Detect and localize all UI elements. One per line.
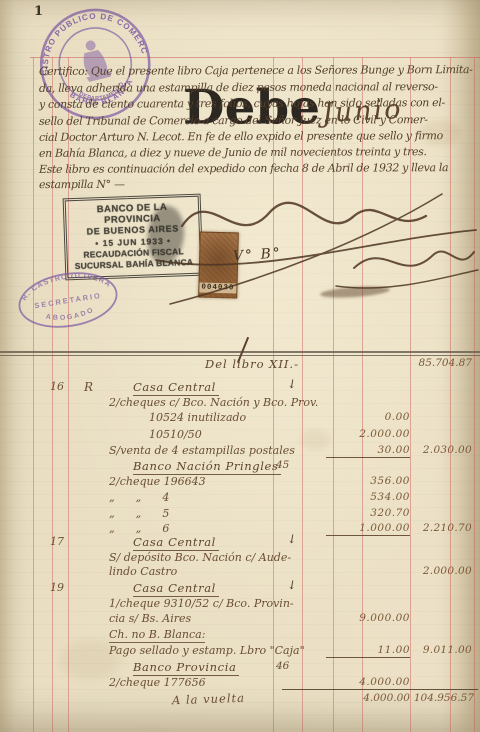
ledger-row: S/ depósito Bco. Nación c/ Aude- bbox=[0, 551, 480, 565]
account-title: Banco Nación Pringles bbox=[133, 459, 281, 475]
amount-col2: 2.000.00 bbox=[411, 565, 472, 577]
ledger-row: 2/cheque 1776564.000.00 bbox=[0, 676, 480, 690]
entry-description: Pago sellado y estamp. Lbro "Caja" bbox=[109, 644, 305, 657]
account-title: Casa Central bbox=[133, 581, 219, 597]
entry-description: S/ depósito Bco. Nación c/ Aude- bbox=[109, 551, 291, 564]
entry-description: cia s/ Bs. Aires bbox=[109, 612, 191, 625]
signature-flourishes bbox=[140, 188, 480, 318]
ledger-row: 19Casa Central↓ bbox=[0, 581, 480, 595]
amount-col2: 9.011.00 bbox=[411, 644, 472, 656]
ledger-row: 10510/502.000.00 bbox=[0, 428, 480, 442]
ledger-row: Banco Provincia46 bbox=[0, 660, 480, 674]
entry-description: 1/cheque 9310/52 c/ Bco. Provin- bbox=[109, 597, 294, 610]
visto-bueno-mark: V° B° bbox=[233, 245, 283, 264]
entry-number: 16 bbox=[44, 380, 70, 393]
certificate-line: estampilla N° — bbox=[39, 178, 125, 191]
ledger-row: Ch. no B. Blanca: bbox=[0, 628, 480, 642]
ledger-row: cia s/ Bs. Aires9.000.00 bbox=[0, 612, 480, 626]
entry-description: Ch. no B. Blanca: bbox=[109, 628, 205, 643]
page-total-col1: 4.000.00 bbox=[326, 692, 410, 704]
entry-description: 10510/50 bbox=[149, 428, 202, 441]
entry-number: 17 bbox=[44, 535, 70, 548]
certificate-line: y consta de ciento cuarenta y tres folio… bbox=[39, 96, 445, 111]
ledger-row: „ „ 4534.00 bbox=[0, 491, 480, 505]
entry-description: S/venta de 4 estampillas postales bbox=[109, 444, 295, 457]
certificate-line: Este libro es continuación del expedido … bbox=[39, 161, 448, 176]
ledger-row: 16RCasa Central↓ bbox=[0, 380, 480, 394]
entry-ref: R bbox=[84, 380, 93, 394]
entry-description: 10524 inutilizado bbox=[149, 411, 246, 424]
ledger-row: 17Casa Central↓ bbox=[0, 535, 480, 549]
entry-description: lindo Castro bbox=[109, 565, 177, 578]
certificate-line: da, lleva adherida una estampilla de die… bbox=[39, 80, 438, 95]
amount-col1: 320.70 bbox=[326, 507, 410, 519]
ledger-page: 1 Debe Junio REGISTRO PÚBLICO DE COMERCI… bbox=[0, 0, 480, 732]
entry-description: „ „ 5 bbox=[109, 507, 169, 520]
amount-col1: 1.000.00 bbox=[326, 522, 410, 536]
ledger-row: Banco Nación Pringles45 bbox=[0, 459, 480, 473]
entry-description: 2/cheque 196643 bbox=[109, 475, 206, 488]
amount-col2: 2.030.00 bbox=[411, 444, 472, 456]
entry-description: „ „ 6 bbox=[109, 522, 169, 535]
account-title: Banco Provincia bbox=[133, 660, 239, 676]
carry-over-label: Del libro XII.- bbox=[205, 357, 299, 371]
ledger-row: 10524 inutilizado0.00 bbox=[0, 411, 480, 425]
ledger-row: „ „ 61.000.002.210.70 bbox=[0, 522, 480, 536]
amount-col1: 11.00 bbox=[326, 644, 410, 658]
amount-col2: 2.210.70 bbox=[411, 522, 472, 534]
certificate-line: cial Doctor Arturo N. Lecot. En fe de el… bbox=[39, 129, 443, 144]
account-title: Casa Central bbox=[133, 380, 219, 396]
certificate-line: sello del Tribunal de Comercio a cargo d… bbox=[39, 113, 428, 128]
amount-col1: 534.00 bbox=[326, 491, 410, 503]
certificate-line: en Bahía Blanca, a diez y nueve de Junio… bbox=[39, 145, 427, 160]
certificate-line: Certifico: Que el presente libro Caja pe… bbox=[39, 63, 473, 78]
amount-col1: 0.00 bbox=[326, 411, 410, 423]
entry-description: „ „ 4 bbox=[109, 491, 169, 504]
carry-over-amount: 85.704.87 bbox=[411, 357, 472, 369]
page-total-label: A la vuelta bbox=[172, 691, 245, 708]
amount-col1: 2.000.00 bbox=[326, 428, 410, 440]
check-mark: ↓ bbox=[286, 531, 298, 547]
check-mark: ↓ bbox=[286, 376, 298, 392]
ledger-row: „ „ 5320.70 bbox=[0, 507, 480, 521]
judge-signature bbox=[354, 252, 474, 268]
amount-col1: 9.000.00 bbox=[326, 612, 410, 624]
ledger-row: Pago sellado y estamp. Lbro "Caja"11.009… bbox=[0, 644, 480, 658]
folio-reference: 46 bbox=[276, 660, 289, 672]
judge-signature-flourish bbox=[336, 270, 478, 288]
secretary-oval-stamp: R. CASTRO OLIVERA SECRETARIO ABOGADO bbox=[9, 262, 127, 338]
entry-description: 2/cheques c/ Bco. Nación y Bco. Prov. bbox=[109, 396, 318, 409]
ledger-row: 2/cheques c/ Bco. Nación y Bco. Prov. bbox=[0, 396, 480, 410]
entry-description: 2/cheque 177656 bbox=[109, 676, 206, 689]
sum-rule bbox=[282, 689, 478, 690]
ledger-row: lindo Castro2.000.00 bbox=[0, 565, 480, 579]
ledger-row: S/venta de 4 estampillas postales30.002.… bbox=[0, 444, 480, 458]
amount-col1: 356.00 bbox=[326, 475, 410, 487]
check-mark: ↓ bbox=[286, 577, 298, 593]
account-title: Casa Central bbox=[133, 535, 219, 551]
page-total-col2: 104.956.57 bbox=[404, 692, 474, 704]
ledger-row: 2/cheque 196643356.00 bbox=[0, 475, 480, 489]
crossing-stroke bbox=[170, 194, 442, 304]
ledger-row: 1/cheque 9310/52 c/ Bco. Provin- bbox=[0, 597, 480, 611]
amount-col1: 4.000.00 bbox=[326, 676, 410, 688]
entry-number: 19 bbox=[44, 581, 70, 594]
amount-col1: 30.00 bbox=[326, 444, 410, 458]
folio-reference: 45 bbox=[276, 459, 289, 471]
